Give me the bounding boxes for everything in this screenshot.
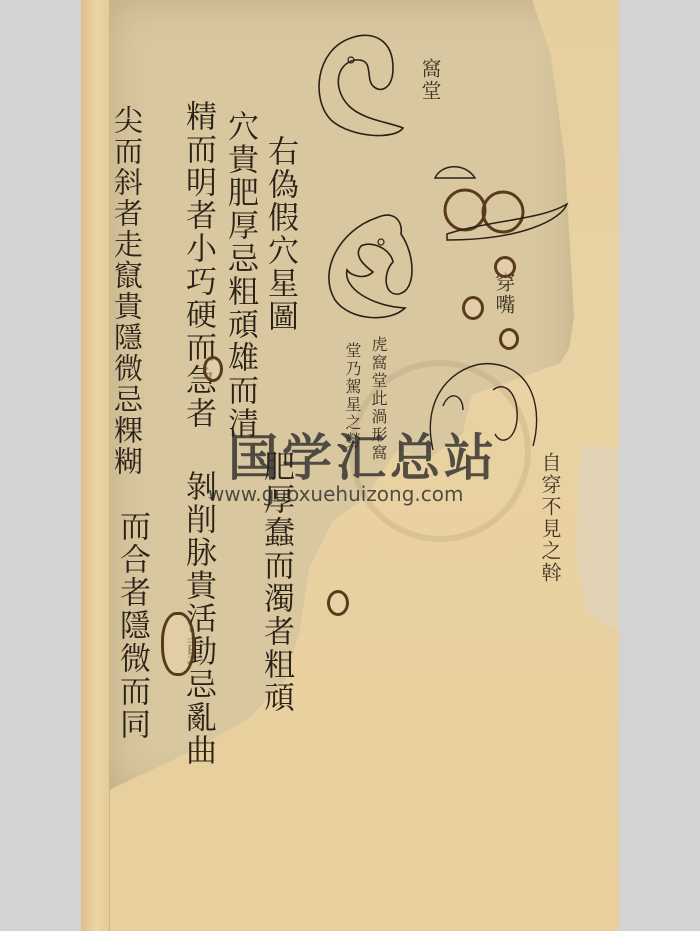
text-column-6: 而合者隱微而同 [115,510,149,741]
burn-hole [327,590,349,616]
burn-hole [203,356,223,382]
burn-hole [499,328,519,350]
burn-hole [494,256,516,278]
crescent-figure-middle [321,210,431,329]
binding-strip [81,0,110,931]
watermark-title: 国学汇总站 [228,418,498,490]
text-column-3: 尖而斜者走竄貴隱微忌粿糊 [111,105,142,477]
text-column-1: 穴貴肥厚忌粗頑雄而清 [223,110,257,440]
burn-hole [161,612,195,676]
watermark-url: www.guoxuehuizong.com [208,482,464,506]
label-chuan-zui: 穿嘴 [493,272,515,316]
label-wo-tang: 窩堂 [419,58,441,102]
title-column: 右偽假穴星圖 [263,135,297,333]
burn-hole [462,296,484,320]
double-peak-figure [431,160,581,254]
crescent-figure-top [311,30,411,144]
torn-fragment [576,445,619,630]
